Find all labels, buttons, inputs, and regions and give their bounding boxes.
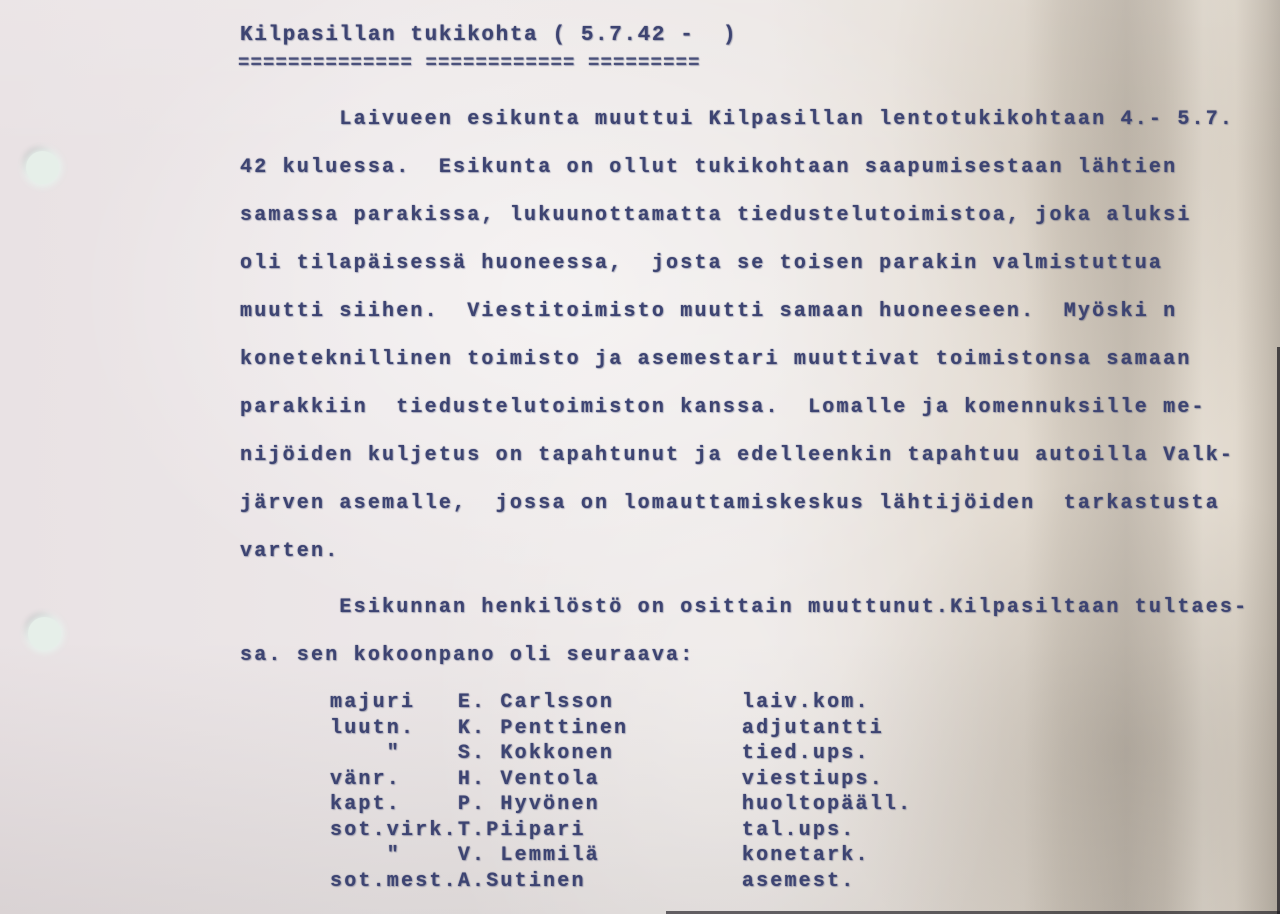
name-cell: S. Kokkonen <box>458 742 742 765</box>
duty-cell: tied.ups. <box>742 742 870 765</box>
personnel-row: luutn. K. Penttinen adjutantti <box>330 716 912 742</box>
scanned-document-page: Kilpasillan tukikohta ( 5.7.42 - ) =====… <box>0 0 1280 914</box>
paragraphs: Laivueen esikunta muuttui Kilpasillan le… <box>240 96 1248 680</box>
duty-cell: asemest. <box>742 870 856 893</box>
personnel-list: majuri E. Carlsson laiv.kom.luutn. K. Pe… <box>330 690 912 894</box>
name-cell: K. Penttinen <box>458 717 742 740</box>
duty-cell: laiv.kom. <box>742 691 870 714</box>
text-line: sa. sen kokoonpano oli seuraava: <box>240 632 1248 680</box>
rank-cell: sot.virk. <box>330 819 458 842</box>
name-cell: A.Sutinen <box>458 870 742 893</box>
text-line: varten. <box>240 528 1248 576</box>
name-cell: E. Carlsson <box>458 691 742 714</box>
text-line: koneteknillinen toimisto ja asemestari m… <box>240 336 1248 384</box>
personnel-row: majuri E. Carlsson laiv.kom. <box>330 690 912 716</box>
rank-cell: " <box>330 844 458 867</box>
text-line: Laivueen esikunta muuttui Kilpasillan le… <box>240 96 1248 144</box>
text-line: oli tilapäisessä huoneessa, josta se toi… <box>240 240 1248 288</box>
duty-cell: viestiups. <box>742 768 884 791</box>
personnel-row: " V. Lemmilä konetark. <box>330 843 912 869</box>
personnel-row: sot.mest.A.Sutinen asemest. <box>330 869 912 895</box>
personnel-row: " S. Kokkonen tied.ups. <box>330 741 912 767</box>
duty-cell: adjutantti <box>742 717 884 740</box>
hole-punch-bottom <box>28 617 61 650</box>
page-title: Kilpasillan tukikohta ( 5.7.42 - ) <box>240 24 737 47</box>
hole-punch-top <box>26 151 59 184</box>
title-underline: ============== ============ ========= <box>238 54 701 72</box>
text-line: samassa parakissa, lukuunottamatta tiedu… <box>240 192 1248 240</box>
name-cell: T.Piipari <box>458 819 742 842</box>
text-line: parakkiin tiedustelutoimiston kanssa. Lo… <box>240 384 1248 432</box>
personnel-row: sot.virk.T.Piipari tal.ups. <box>330 818 912 844</box>
rank-cell: sot.mest. <box>330 870 458 893</box>
rank-cell: " <box>330 742 458 765</box>
text-line: 42 kuluessa. Esikunta on ollut tukikohta… <box>240 144 1248 192</box>
rank-cell: majuri <box>330 691 458 714</box>
paragraph: Esikunnan henkilöstö on osittain muuttun… <box>240 584 1248 680</box>
text-line: muutti siihen. Viestitoimisto muutti sam… <box>240 288 1248 336</box>
text-line: nijöiden kuljetus on tapahtunut ja edell… <box>240 432 1248 480</box>
duty-cell: tal.ups. <box>742 819 856 842</box>
duty-cell: konetark. <box>742 844 870 867</box>
rank-cell: kapt. <box>330 793 458 816</box>
rank-cell: luutn. <box>330 717 458 740</box>
text-line: järven asemalle, jossa on lomauttamiskes… <box>240 480 1248 528</box>
text-line: Esikunnan henkilöstö on osittain muuttun… <box>240 584 1248 632</box>
name-cell: H. Ventola <box>458 768 742 791</box>
name-cell: P. Hyvönen <box>458 793 742 816</box>
rank-cell: vänr. <box>330 768 458 791</box>
duty-cell: huoltopääll. <box>742 793 912 816</box>
paragraph: Laivueen esikunta muuttui Kilpasillan le… <box>240 96 1248 576</box>
name-cell: V. Lemmilä <box>458 844 742 867</box>
personnel-row: vänr. H. Ventola viestiups. <box>330 767 912 793</box>
personnel-row: kapt. P. Hyvönen huoltopääll. <box>330 792 912 818</box>
